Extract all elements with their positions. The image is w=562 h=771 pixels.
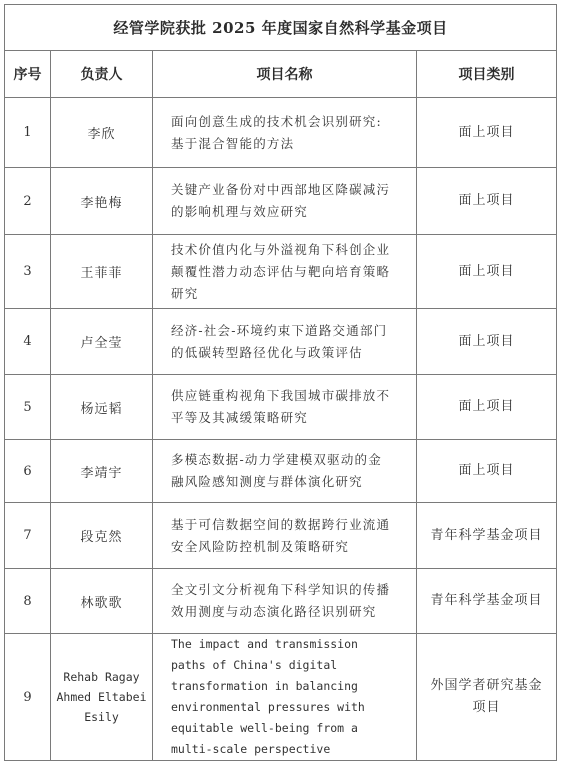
grant-table: 经管学院获批 2025 年度国家自然科学基金项目 序号 负责人 项目名称 项目类…	[4, 4, 557, 761]
column-header-leader: 负责人	[51, 51, 153, 98]
leader-name-line: Esily	[51, 707, 152, 727]
row-category: 青年科学基金项目	[417, 569, 557, 634]
project-name-line: paths of China's digital	[171, 655, 408, 676]
row-index: 7	[5, 503, 51, 569]
leader-name-line: Ahmed Eltabei	[51, 687, 152, 707]
row-leader: 李靖宇	[51, 440, 153, 503]
table-row: 6 李靖宇 多模态数据-动力学建模双驱动的金 融风险感知测度与群体演化研究 面上…	[5, 440, 557, 503]
project-name-line: 全文引文分析视角下科学知识的传播	[171, 579, 408, 601]
row-project-name: 关键产业备份对中西部地区降碳减污 的影响机理与效应研究	[153, 168, 417, 235]
row-index: 5	[5, 375, 51, 440]
row-project-name: The impact and transmission paths of Chi…	[153, 634, 417, 761]
row-category: 面上项目	[417, 98, 557, 168]
row-leader: 李欣	[51, 98, 153, 168]
project-name-line: 关键产业备份对中西部地区降碳减污	[171, 179, 408, 201]
project-name-line: 研究	[171, 283, 408, 305]
category-line: 项目	[417, 697, 556, 719]
category-line: 外国学者研究基金	[417, 675, 556, 697]
title-row: 经管学院获批 2025 年度国家自然科学基金项目	[5, 5, 557, 51]
leader-name-line: Rehab Ragay	[51, 667, 152, 687]
row-index: 6	[5, 440, 51, 503]
project-name-line: 多模态数据-动力学建模双驱动的金	[171, 449, 408, 471]
project-name-line: 技术价值内化与外溢视角下科创企业	[171, 239, 408, 261]
row-project-name: 基于可信数据空间的数据跨行业流通 安全风险防控机制及策略研究	[153, 503, 417, 569]
project-name-line: 平等及其减缓策略研究	[171, 407, 408, 429]
row-category: 青年科学基金项目	[417, 503, 557, 569]
table-row: 5 杨远韬 供应链重构视角下我国城市碳排放不 平等及其减缓策略研究 面上项目	[5, 375, 557, 440]
row-project-name: 经济-社会-环境约束下道路交通部门 的低碳转型路径优化与政策评估	[153, 309, 417, 375]
column-header-project-name: 项目名称	[153, 51, 417, 98]
project-name-line: environmental pressures with	[171, 697, 408, 718]
table-row: 8 林歌歌 全文引文分析视角下科学知识的传播 效用测度与动态演化路径识别研究 青…	[5, 569, 557, 634]
row-index: 1	[5, 98, 51, 168]
column-header-index: 序号	[5, 51, 51, 98]
row-leader: 林歌歌	[51, 569, 153, 634]
row-category: 面上项目	[417, 235, 557, 309]
row-leader: 段克然	[51, 503, 153, 569]
row-index: 4	[5, 309, 51, 375]
row-index: 2	[5, 168, 51, 235]
table-row: 4 卢全莹 经济-社会-环境约束下道路交通部门 的低碳转型路径优化与政策评估 面…	[5, 309, 557, 375]
project-name-line: 基于可信数据空间的数据跨行业流通	[171, 514, 408, 536]
project-name-line: 颠覆性潜力动态评估与靶向培育策略	[171, 261, 408, 283]
row-project-name: 技术价值内化与外溢视角下科创企业 颠覆性潜力动态评估与靶向培育策略 研究	[153, 235, 417, 309]
column-header-category: 项目类别	[417, 51, 557, 98]
row-leader: 卢全莹	[51, 309, 153, 375]
row-leader: 杨远韬	[51, 375, 153, 440]
row-index: 9	[5, 634, 51, 761]
row-project-name: 多模态数据-动力学建模双驱动的金 融风险感知测度与群体演化研究	[153, 440, 417, 503]
project-name-line: The impact and transmission	[171, 634, 408, 655]
row-category: 外国学者研究基金 项目	[417, 634, 557, 761]
row-leader: 李艳梅	[51, 168, 153, 235]
row-category: 面上项目	[417, 168, 557, 235]
row-category: 面上项目	[417, 309, 557, 375]
project-name-line: 的低碳转型路径优化与政策评估	[171, 342, 408, 364]
row-category: 面上项目	[417, 440, 557, 503]
row-project-name: 供应链重构视角下我国城市碳排放不 平等及其减缓策略研究	[153, 375, 417, 440]
table-row: 3 王菲菲 技术价值内化与外溢视角下科创企业 颠覆性潜力动态评估与靶向培育策略 …	[5, 235, 557, 309]
header-row: 序号 负责人 项目名称 项目类别	[5, 51, 557, 98]
table-row: 9 Rehab Ragay Ahmed Eltabei Esily The im…	[5, 634, 557, 761]
project-name-line: transformation in balancing	[171, 676, 408, 697]
table-row: 7 段克然 基于可信数据空间的数据跨行业流通 安全风险防控机制及策略研究 青年科…	[5, 503, 557, 569]
row-index: 3	[5, 235, 51, 309]
project-name-line: 效用测度与动态演化路径识别研究	[171, 601, 408, 623]
row-project-name: 全文引文分析视角下科学知识的传播 效用测度与动态演化路径识别研究	[153, 569, 417, 634]
project-name-line: 经济-社会-环境约束下道路交通部门	[171, 320, 408, 342]
project-name-line: 供应链重构视角下我国城市碳排放不	[171, 385, 408, 407]
row-project-name: 面向创意生成的技术机会识别研究: 基于混合智能的方法	[153, 98, 417, 168]
table-row: 1 李欣 面向创意生成的技术机会识别研究: 基于混合智能的方法 面上项目	[5, 98, 557, 168]
project-name-line: equitable well-being from a	[171, 718, 408, 739]
project-name-line: 面向创意生成的技术机会识别研究:	[171, 111, 408, 133]
row-leader: Rehab Ragay Ahmed Eltabei Esily	[51, 634, 153, 761]
row-category: 面上项目	[417, 375, 557, 440]
project-name-line: multi-scale perspective	[171, 739, 408, 760]
table-row: 2 李艳梅 关键产业备份对中西部地区降碳减污 的影响机理与效应研究 面上项目	[5, 168, 557, 235]
project-name-line: 融风险感知测度与群体演化研究	[171, 471, 408, 493]
project-name-line: 的影响机理与效应研究	[171, 201, 408, 223]
project-name-line: 安全风险防控机制及策略研究	[171, 536, 408, 558]
project-name-line: 基于混合智能的方法	[171, 133, 408, 155]
row-index: 8	[5, 569, 51, 634]
table-title: 经管学院获批 2025 年度国家自然科学基金项目	[5, 5, 557, 51]
row-leader: 王菲菲	[51, 235, 153, 309]
